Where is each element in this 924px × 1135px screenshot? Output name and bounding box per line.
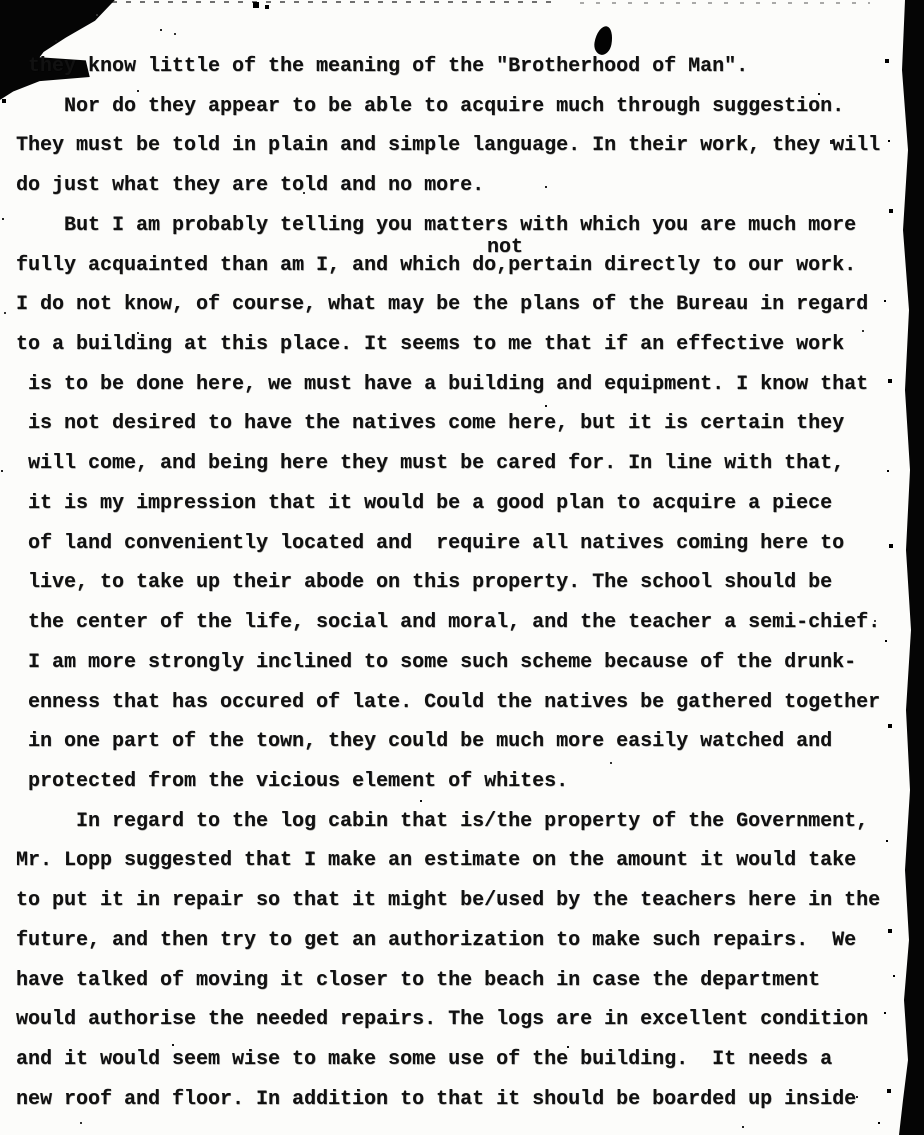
typed-text-block: they know little of the meaning of the "… bbox=[0, 0, 924, 1135]
typed-line: and it would seem wise to make some use … bbox=[16, 1050, 832, 1070]
typed-line: do just what they are told and no more. bbox=[16, 176, 484, 196]
inserted-word-annotation: not bbox=[487, 238, 523, 258]
typed-line: I do not know, of course, what may be th… bbox=[16, 295, 868, 315]
typed-line: future, and then try to get an authoriza… bbox=[16, 931, 856, 951]
typed-line: to put it in repair so that it might be/… bbox=[16, 891, 880, 911]
typed-line: it is my impression that it would be a g… bbox=[16, 494, 832, 514]
typed-line: They must be told in plain and simple la… bbox=[16, 136, 880, 156]
typed-line: I am more strongly inclined to some such… bbox=[16, 653, 856, 673]
scanned-document-page: they know little of the meaning of the "… bbox=[0, 0, 924, 1135]
typed-line: will come, and being here they must be c… bbox=[16, 454, 844, 474]
typed-line: is to be done here, we must have a build… bbox=[16, 375, 868, 395]
typed-line: would authorise the needed repairs. The … bbox=[16, 1010, 868, 1030]
typed-line: have talked of moving it closer to the b… bbox=[16, 971, 820, 991]
typed-line: to a building at this place. It seems to… bbox=[16, 335, 844, 355]
typed-line: Nor do they appear to be able to acquire… bbox=[16, 97, 844, 117]
typed-line: they know little of the meaning of the "… bbox=[16, 57, 748, 77]
typed-line: live, to take up their abode on this pro… bbox=[16, 573, 832, 593]
typed-line: is not desired to have the natives come … bbox=[16, 414, 844, 434]
typed-line: But I am probably telling you matters wi… bbox=[16, 216, 856, 236]
typed-line: fully acquainted than am I, and which do… bbox=[16, 256, 856, 276]
typed-line: new roof and floor. In addition to that … bbox=[16, 1090, 856, 1110]
typed-line: the center of the life, social and moral… bbox=[16, 613, 880, 633]
typed-line: enness that has occured of late. Could t… bbox=[16, 693, 880, 713]
typed-line: protected from the vicious element of wh… bbox=[16, 772, 568, 792]
typed-line: In regard to the log cabin that is/the p… bbox=[16, 812, 868, 832]
typed-line: of land conveniently located and require… bbox=[16, 534, 844, 554]
typed-line: Mr. Lopp suggested that I make an estima… bbox=[16, 851, 856, 871]
typed-line: in one part of the town, they could be m… bbox=[16, 732, 832, 752]
